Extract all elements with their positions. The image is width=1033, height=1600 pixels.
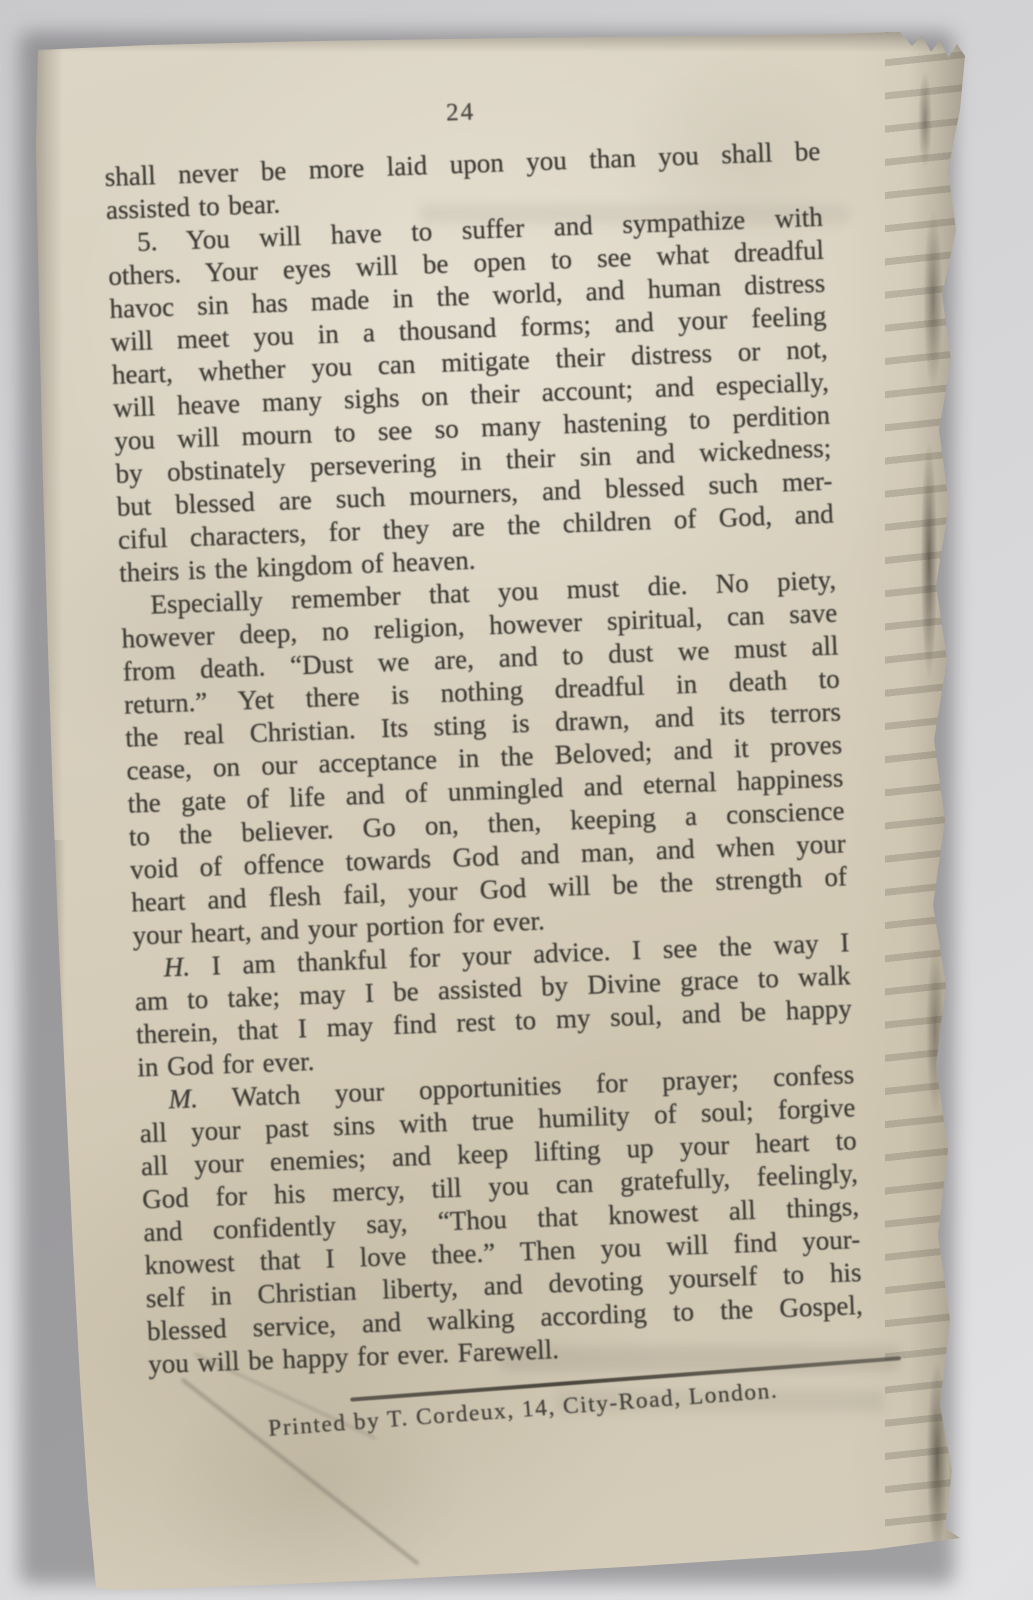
speaker-initial: M. [168,1083,198,1114]
paragraphs: shall never be more laid upon you than y… [104,135,864,1381]
photo-background: 24 shall never be more laid upon you tha… [0,0,1033,1600]
paragraph: 5. You will have to suffer and sympathiz… [107,201,836,590]
paragraph: M. Watch your opportunities for prayer; … [138,1058,864,1381]
speaker-initial: H. [163,951,190,982]
paragraph: H. I am thankful for your advice. I see … [133,926,853,1084]
paragraph: Especially remember that you must die. N… [120,564,849,953]
page-text: 24 shall never be more laid upon you tha… [102,83,864,1381]
book-page: 24 shall never be more laid upon you tha… [0,0,1033,1600]
